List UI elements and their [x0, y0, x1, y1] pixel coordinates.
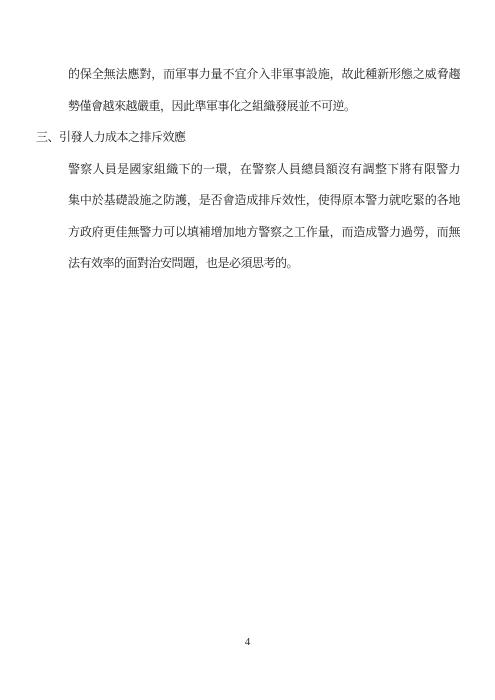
- text-block: 的保全無法應對，而軍事力量不宜介入非軍事設施，故此種新形態之威脅趨 勢僅會越來越…: [0, 59, 495, 280]
- continued-paragraph-line: 的保全無法應對，而軍事力量不宜介入非軍事設施，故此種新形態之威脅趨: [68, 59, 460, 91]
- section-heading: 三、引發人力成本之排斥效應: [36, 122, 460, 154]
- continued-paragraph-line: 勢僅會越來越嚴重，因此準軍事化之組織發展並不可逆。: [68, 91, 460, 123]
- body-paragraph-line: 集中於基礎設施之防護，是否會造成排斥效性，使得原本警力就吃緊的各地: [68, 185, 460, 217]
- body-paragraph-line: 警察人員是國家組織下的一環，在警察人員總員額沒有調整下將有限警力: [68, 154, 460, 186]
- document-page: 的保全無法應對，而軍事力量不宜介入非軍事設施，故此種新形態之威脅趨 勢僅會越來越…: [0, 0, 495, 700]
- body-paragraph-line: 方政府更佳無警力可以填補增加地方警察之工作量，而造成警力過勞，而無: [68, 217, 460, 249]
- body-paragraph-line: 法有效率的面對治安問題，也是必須思考的。: [68, 248, 460, 280]
- page-number: 4: [0, 633, 495, 651]
